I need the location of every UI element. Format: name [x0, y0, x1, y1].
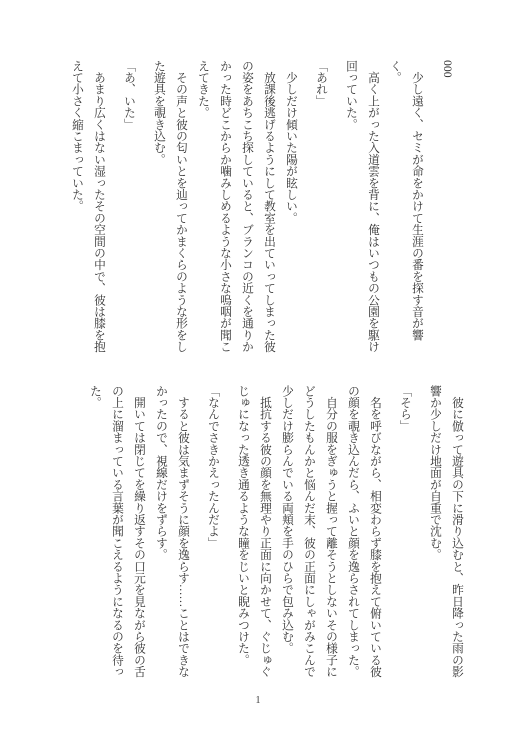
narration-paragraph: 抵抗する彼の顔を無理やり正面に向かせて、ぐじゅぐじゅになった透き通るような瞳をじ…	[232, 385, 276, 685]
novel-page: { "page": { "number": "1", "background_c…	[0, 0, 528, 742]
dialogue-paragraph: 「そら」	[394, 385, 416, 685]
narration-paragraph: あまり広くはない湿ったその空間の中で、彼は膝を抱えて小さく縮こまっていた。	[66, 60, 110, 360]
narration-paragraph: 少しだけ傾いた陽が眩しい。	[280, 60, 302, 360]
narration-paragraph: 放課後逃げるようにして教室を出ていってしまった彼の姿をあちこち探していると、ブラ…	[192, 60, 280, 360]
dialogue-paragraph: 「あれ」	[310, 60, 332, 360]
narration-paragraph: 名を呼びながら、相変わらず膝を抱えて俯いている彼の顔を覗き込んだら、ふいと顔を逸…	[342, 385, 386, 685]
narration-paragraph: 高く上がった入道雲を背に、俺はいつもの公園を駆け回っていた。	[340, 60, 384, 360]
narration-paragraph: 少し遠く、セミが命をかけて生涯の番を探す音が響く。	[384, 60, 428, 360]
dialogue-paragraph: 「なんでさきかえったんだよ」	[202, 385, 224, 685]
scene-break-marker: 000	[436, 60, 458, 360]
dialogue-paragraph: 「あ、いた」	[118, 60, 140, 360]
upper-text-block: 000 少し遠く、セミが命をかけて生涯の番を探す音が響く。 高く上がった入道雲を…	[58, 60, 466, 360]
narration-paragraph: 自分の服をぎゅうと握って離そうとしないその様子にどうしたもんかと悩んだ末、彼の正…	[276, 385, 342, 685]
narration-paragraph: 開いては閉じてを繰り返すその口元を見ながら彼の舌の上に溜まっている言葉が聞こえる…	[84, 385, 150, 685]
narration-paragraph: 彼に倣って遊具の下に滑り込むと、昨日降った雨の影響か少しだけ地面が自重で沈む。	[424, 385, 468, 685]
page-number: 1	[0, 695, 516, 706]
narration-paragraph: その声と彼の匂いとを辿ってかまくらのような形をした遊具を覗き込む。	[148, 60, 192, 360]
narration-paragraph: すると彼は気まずそうに顔を逸らす……ことはできなかったので、視線だけをずらす。	[150, 385, 194, 685]
lower-text-block: 彼に倣って遊具の下に滑り込むと、昨日降った雨の影響か少しだけ地面が自重で沈む。「…	[58, 385, 468, 685]
